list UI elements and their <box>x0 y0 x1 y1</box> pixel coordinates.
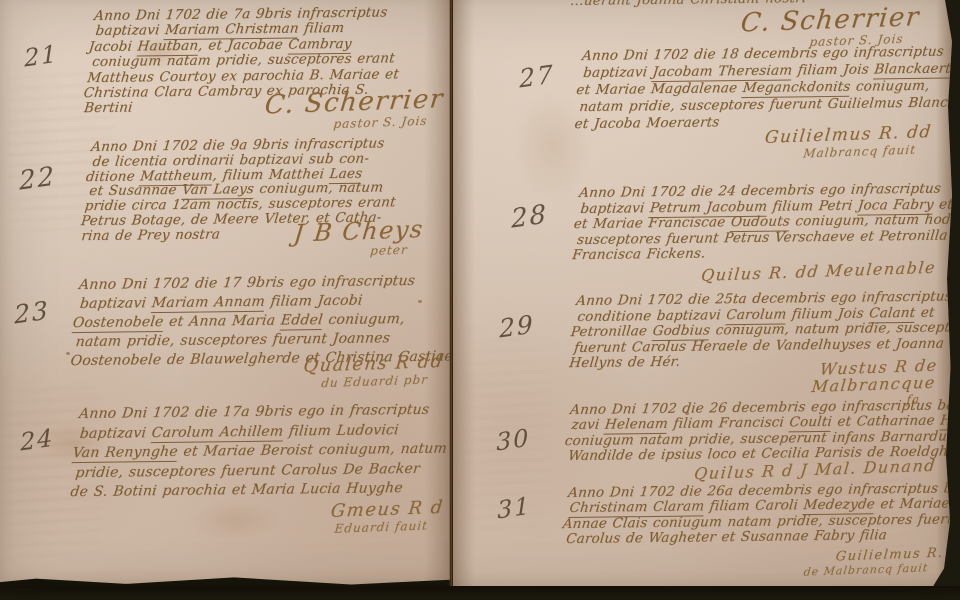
handwritten-line: Christina Clara Cambray ex parochia S. <box>83 82 398 101</box>
handwritten-line: ditione Mattheum, filium Matthei Laes <box>85 166 400 185</box>
handwritten-line: Anno Dni 1702 die 17 9bris ego infrascri… <box>78 271 450 295</box>
entry-number: 22 <box>19 161 57 196</box>
signature-title: du Eduardi pbr <box>263 373 442 392</box>
handwritten-line: Anno Dni 1702 die 26a decembris ego infr… <box>567 481 952 502</box>
signature-title: Eduardi fauit <box>263 519 442 538</box>
signature-title: fa <box>686 392 935 413</box>
handwritten-line: conditione baptizavi Carolum filium Jois… <box>577 305 952 326</box>
handwritten-line: Anno Dni 1702 die 25ta decembris ego inf… <box>575 289 952 310</box>
verso-bleedthrough <box>463 330 553 530</box>
entry-30: 30 Anno Dni 1702 die 26 decembris ego in… <box>453 0 952 592</box>
signature-name: C. Scherrier <box>700 4 921 39</box>
handwritten-line: …uerunt Joanna Christiani nostri <box>569 0 807 9</box>
signature-title: peter <box>253 243 422 262</box>
signature: Guilielmus R. dd Malbrancq fauit <box>701 124 932 164</box>
handwritten-line: Annae Clais coniugum natam pridie, susce… <box>562 511 952 532</box>
handwritten-line: rina de Prey nostra <box>81 225 394 244</box>
entry-text: …uerunt Joanna Christiani nostri <box>569 0 807 9</box>
entry-number: 29 <box>499 309 535 343</box>
entry-number: 31 <box>497 492 532 525</box>
handwritten-line: baptizavi Mariam Christman filiam <box>95 21 405 40</box>
handwritten-line: baptizavi Jacobam Theresiam filiam Jois … <box>582 60 952 82</box>
entry-number: 30 <box>496 424 531 457</box>
handwritten-line: Oostenobele et Anna Maria Eddel coniugum… <box>72 309 450 333</box>
handwritten-line: Hellyns de Hér. <box>568 351 952 372</box>
entry-21: 21 Anno Dni 1702 die 7a 9bris infrascrip… <box>0 0 450 588</box>
paper-stain <box>513 90 593 200</box>
handwritten-line: et Susannae Van Laeys coniugum, natum <box>88 181 398 200</box>
signature-name: C. Scherrier <box>224 86 445 121</box>
handwritten-line: et Mariae Magdalenae Meganckdonits coniu… <box>575 77 952 99</box>
handwritten-line: pridie, susceptores fuerunt Carolus De B… <box>74 459 445 483</box>
entry-22: 22 Anno Dni 1702 die 9a 9bris infrascrip… <box>0 0 450 588</box>
handwritten-line: baptizavi Carolum Achillem filium Ludovi… <box>79 420 450 444</box>
handwritten-line: baptizavi Mariam Annam filiam Jacobi <box>79 290 450 314</box>
signature-title <box>692 476 935 484</box>
handwritten-line: Mattheus Courtoy ex parochia B. Mariae e… <box>86 67 399 86</box>
handwritten-line: Bertini <box>83 98 396 117</box>
signature: J B Cheys peter <box>253 217 425 262</box>
signature-name: Qualens R dd <box>265 353 445 378</box>
paper-stain <box>36 420 106 466</box>
signature: Quilus R d J Mal. Dunand <box>692 458 937 484</box>
handwritten-line: de S. Botini parochia et Maria Lucia Huy… <box>69 479 443 503</box>
entry-number: 24 <box>20 424 55 457</box>
handwritten-line: Anno Dni 1702 die 24 decembris ego infra… <box>578 181 952 201</box>
signature-name: J B Cheys <box>254 217 425 248</box>
verso-bleedthrough <box>8 66 116 236</box>
handwritten-line: Anno Dni 1702 die 17a 9bris ego in frasc… <box>78 400 450 424</box>
handwritten-line: coniugum natam pridie, susceptores erant <box>91 51 401 70</box>
signature: Quilus R. dd Meulenable <box>687 260 937 287</box>
handwritten-line: Christinam Claram filiam Caroli Medezyde… <box>569 496 952 517</box>
right-page: …uerunt Joanna Christiani nostri C. Sche… <box>453 0 952 592</box>
ink-speck <box>418 300 422 303</box>
handwritten-line: Anno Dni 1702 die 7a 9bris infrascriptus <box>93 5 406 24</box>
entry-text: Anno Dni 1702 die 18 decembris ego infra… <box>574 43 952 133</box>
entry-27: 27 Anno Dni 1702 die 18 decembris ego in… <box>453 0 952 592</box>
handwritten-line: Anno Dni 1702 die 18 decembris ego infra… <box>581 43 952 65</box>
signature: Guilielmus R. de Malbrancq fauit <box>752 547 945 580</box>
entry-text: Anno Dni 1702 die 7a 9bris infrascriptus… <box>83 5 406 117</box>
signature: Qualens R dd du Eduardi pbr <box>263 353 444 392</box>
handwritten-line: Petrus Botage, de Meere Vleter, et Catha… <box>80 210 395 229</box>
signature: C. Scherrier pastor S. Jois <box>223 86 445 135</box>
handwritten-line: Jacobi Hautban, et Jacobae Cambray <box>88 36 403 55</box>
entry-24: 24 Anno Dni 1702 die 17a 9bris ego in fr… <box>0 0 450 588</box>
entry-text: Anno Dni 1702 die 9a 9bris infrascriptus… <box>81 136 403 244</box>
entry-number: 28 <box>511 199 549 234</box>
signature: Wustus R de Malbrancque fa <box>686 358 939 414</box>
entry-28: 28 Anno Dni 1702 die 24 decembris ego in… <box>453 0 952 592</box>
signature: Gmeus R d Eduardi fauit <box>263 499 444 538</box>
handwritten-line: natam pridie, susceptores fuerunt Joanne… <box>75 328 450 352</box>
entry-31: 31 Anno Dni 1702 die 26a decembris ego i… <box>453 0 952 592</box>
handwritten-line: Francisca Fickens. <box>571 244 952 264</box>
signature-name: Guilielmus R. <box>753 547 944 567</box>
signature-name: Guilielmus R. dd <box>703 124 933 150</box>
entry-fragment-top: …uerunt Joanna Christiani nostri C. Sche… <box>453 0 952 592</box>
signature-name: Gmeus R d <box>265 499 445 524</box>
entry-text: Anno Dni 1702 die 17a 9bris ego in frasc… <box>69 400 450 502</box>
signature-title: pastor S. Jois <box>699 33 918 53</box>
verso-bleedthrough <box>2 380 102 560</box>
handwritten-line: Van Renynghe et Mariae Beroist coniugum,… <box>72 440 448 464</box>
handwritten-line: de licentia ordinarii baptizavi sub con- <box>92 151 402 170</box>
paper-stain <box>190 500 280 540</box>
signature-name: Quilus R d J Mal. Dunand <box>692 458 937 483</box>
entry-text: Anno Dni 1702 die 24 decembris ego infra… <box>571 181 952 264</box>
signature-name: Quilus R. dd Meulenable <box>687 260 937 286</box>
signature-title: pastor S. Jois <box>223 115 442 135</box>
handwritten-line: fuerunt Carolus Heraele de Vandelhuyses … <box>573 336 952 357</box>
handwritten-line: Anno Dni 1702 die 26 decembris ego infra… <box>569 398 952 419</box>
entry-number: 27 <box>519 59 555 93</box>
handwritten-line: pridie circa 12am noctis, susceptores er… <box>84 195 397 214</box>
entry-23: 23 Anno Dni 1702 die 17 9bris ego infras… <box>0 0 450 588</box>
entry-text: Anno Dni 1702 die 25ta decembris ego inf… <box>568 289 952 372</box>
handwritten-line: Petronillae Godbius coniugum, natum prid… <box>570 320 952 341</box>
ink-speck <box>685 412 689 415</box>
signature-title: Malbrancq fauit <box>701 143 930 164</box>
verso-bleedthrough <box>783 430 913 550</box>
table-surface <box>0 586 960 600</box>
handwritten-line: et Jacoba Moeraerts <box>574 111 952 133</box>
handwritten-line: coniugum natam pridie, susceperunt infan… <box>564 429 952 450</box>
left-page: 21 Anno Dni 1702 die 7a 9bris infrascrip… <box>0 0 450 588</box>
handwritten-line: Wandilde de ipsius loco et Cecilia Paris… <box>567 444 952 465</box>
entry-number: 23 <box>14 295 50 329</box>
handwritten-line: Oostenobele de Blauwelgherde et Christin… <box>69 347 450 371</box>
signature-title <box>687 278 935 287</box>
handwritten-line: Carolus de Wagheter et Susannae Fabry fi… <box>565 527 952 548</box>
handwritten-line: susceptores fuerunt Petrus Verschaeve et… <box>576 228 952 248</box>
ink-speck <box>66 352 70 355</box>
signature-title: de Malbrancq fauit <box>752 561 943 579</box>
manuscript-photo: 21 Anno Dni 1702 die 7a 9bris infrascrip… <box>0 0 960 600</box>
signature: C. Scherrier pastor S. Jois <box>699 4 921 53</box>
handwritten-line: Anno Dni 1702 die 9a 9bris infrascriptus <box>90 136 403 155</box>
handwritten-line: et Mariae Franciscae Oudouts coniugum, n… <box>573 212 952 232</box>
handwritten-line: natam pridie, susceptores fuerunt Guilie… <box>578 94 952 116</box>
entry-29: 29 Anno Dni 1702 die 25ta decembris ego … <box>453 0 952 592</box>
handwritten-line: baptizavi Petrum Jacobum filium Petri Jo… <box>580 197 952 217</box>
handwritten-line: zavi Helenam filiam Francisci Coulti et … <box>571 413 952 434</box>
entry-text: Anno Dni 1702 die 17 9bris ego infrascri… <box>69 271 450 371</box>
paper-stain <box>128 36 188 70</box>
entry-text: Anno Dni 1702 die 26a decembris ego infr… <box>562 481 952 548</box>
entry-text: Anno Dni 1702 die 26 decembris ego infra… <box>564 398 952 465</box>
signature-name: Wustus R de Malbrancque <box>687 358 938 400</box>
entry-number: 21 <box>24 40 59 73</box>
